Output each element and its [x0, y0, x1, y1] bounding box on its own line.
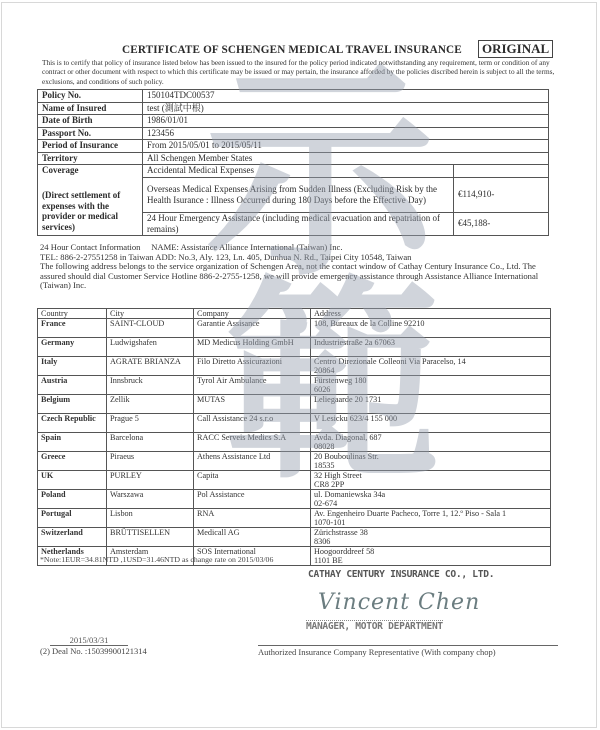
policy-details-table: Policy No.150104TDC00537Name of Insuredt… — [37, 89, 549, 236]
service-row: Czech RepublicPrague 5Call Assistance 24… — [38, 414, 551, 433]
policy-row: Name of Insuredtest (測試中根) — [38, 102, 549, 115]
service-table-header: Country City Company Address — [38, 309, 551, 319]
insurer-company-name: CATHAY CENTURY INSURANCE CO., LTD. — [308, 569, 494, 580]
policy-field-value: All Schengen Member States — [143, 152, 549, 165]
issue-date: 2015/03/31 — [50, 635, 128, 646]
manager-signature: Vincent Chen — [318, 590, 480, 615]
service-city: SAINT-CLOUD — [107, 319, 194, 338]
service-company: Athens Assistance Ltd — [194, 452, 311, 471]
service-row: PolandWarszawaPol Assistanceul. Domaniew… — [38, 490, 551, 509]
column-header-company: Company — [194, 309, 311, 319]
policy-field-value: 123456 — [143, 127, 549, 140]
coverage-description: Accidental Medical Expenses — [143, 165, 454, 178]
service-city: Barcelona — [107, 433, 194, 452]
service-company: Tyrol Air Ambulance — [194, 376, 311, 395]
service-country: Germany — [38, 338, 107, 357]
service-company: Medicall AG — [194, 528, 311, 547]
policy-field-label: Period of Insurance — [38, 140, 143, 153]
service-city: AGRATE BRIANZA — [107, 357, 194, 376]
service-country: Portugal — [38, 509, 107, 528]
policy-field-label: Date of Birth — [38, 115, 143, 128]
coverage-description: Overseas Medical Expenses Arising from S… — [143, 177, 454, 212]
coverage-amount: €45,188- — [454, 212, 549, 235]
service-country: Belgium — [38, 395, 107, 414]
document-title: CERTIFICATE OF SCHENGEN MEDICAL TRAVEL I… — [122, 44, 462, 56]
coverage-amount — [454, 165, 549, 178]
service-row: SpainBarcelonaRACC Serveis Medics S.AAvd… — [38, 433, 551, 452]
service-company: MD Medicus Holding GmbH — [194, 338, 311, 357]
service-city: Prague 5 — [107, 414, 194, 433]
service-city: Lisbon — [107, 509, 194, 528]
service-country: Switzerland — [38, 528, 107, 547]
service-row: PortugalLisbonRNAAv. Engenheiro Duarte P… — [38, 509, 551, 528]
service-city: PURLEY — [107, 471, 194, 490]
original-stamp: ORIGINAL — [478, 40, 553, 58]
policy-field-value: 150104TDC00537 — [143, 90, 549, 103]
policy-row: Period of InsuranceFrom 2015/05/01 to 20… — [38, 140, 549, 153]
policy-row: Passport No.123456 — [38, 127, 549, 140]
service-country: Italy — [38, 357, 107, 376]
policy-row: Policy No.150104TDC00537 — [38, 90, 549, 103]
coverage-row: Coverage(Direct settlement of expenses w… — [38, 165, 549, 178]
service-address: 108, Bureaux de la Colline 92210 — [311, 319, 551, 338]
service-country: Greece — [38, 452, 107, 471]
service-company: Call Assistance 24 s.r.o — [194, 414, 311, 433]
service-row: SwitzerlandBRÜTTISELLENMedicall AGZürich… — [38, 528, 551, 547]
service-company: Capita — [194, 471, 311, 490]
service-address: Av. Engenheiro Duarte Pacheco, Torre 1, … — [311, 509, 551, 528]
manager-title: MANAGER, MOTOR DEPARTMENT — [306, 620, 443, 632]
service-company: RACC Serveis Medics S.A — [194, 433, 311, 452]
service-address: V Lesicku 623/4 155 000 — [311, 414, 551, 433]
service-address: 32 High Street CR8 2PP — [311, 471, 551, 490]
service-country: France — [38, 319, 107, 338]
service-row: BelgiumZellikMUTASLeliegaarde 20 1731 — [38, 395, 551, 414]
column-header-city: City — [107, 309, 194, 319]
service-company: MUTAS — [194, 395, 311, 414]
service-address: 20 Bouboulinas Str. 18535 — [311, 452, 551, 471]
policy-row: Date of Birth1986/01/01 — [38, 115, 549, 128]
column-header-country: Country — [38, 309, 107, 319]
column-header-address: Address — [311, 309, 551, 319]
service-address: ul. Domaniewska 34a 02-674 — [311, 490, 551, 509]
policy-field-label: Policy No. — [38, 90, 143, 103]
service-row: ItalyAGRATE BRIANZAFilo Diretto Assicura… — [38, 357, 551, 376]
service-address: Industriestraße 2a 67063 — [311, 338, 551, 357]
policy-row: TerritoryAll Schengen Member States — [38, 152, 549, 165]
service-row: UKPURLEYCapita32 High Street CR8 2PP — [38, 471, 551, 490]
service-city: BRÜTTISELLEN — [107, 528, 194, 547]
authorized-representative-line: Authorized Insurance Company Representat… — [258, 645, 558, 657]
service-city: Innsbruck — [107, 376, 194, 395]
service-row: FranceSAINT-CLOUDGarantie Assisance108, … — [38, 319, 551, 338]
policy-field-value: test (測試中根) — [143, 102, 549, 115]
coverage-label-cell: Coverage(Direct settlement of expenses w… — [38, 165, 143, 236]
coverage-sub-label: (Direct settlement of expenses with the … — [42, 190, 138, 232]
service-country: Spain — [38, 433, 107, 452]
service-organization-table: Country City Company Address FranceSAINT… — [37, 308, 551, 566]
service-row: GermanyLudwigshafenMD Medicus Holding Gm… — [38, 338, 551, 357]
service-address: Zürichstrasse 38 8306 — [311, 528, 551, 547]
service-company: Filo Diretto Assicurazioni — [194, 357, 311, 376]
deal-number: (2) Deal No. :15039900121314 — [40, 646, 147, 656]
service-address: Fürstenweg 180 6026 — [311, 376, 551, 395]
coverage-amount: €114,910- — [454, 177, 549, 212]
policy-field-label: Name of Insured — [38, 102, 143, 115]
service-country: Czech Republic — [38, 414, 107, 433]
service-address: Centro Direzionale Colleoni Via Paracels… — [311, 357, 551, 376]
policy-field-value: 1986/01/01 — [143, 115, 549, 128]
service-company: Garantie Assisance — [194, 319, 311, 338]
coverage-label: Coverage — [42, 165, 138, 176]
policy-field-value: From 2015/05/01 to 2015/05/11 — [143, 140, 549, 153]
service-country: UK — [38, 471, 107, 490]
service-row: GreecePiraeusAthens Assistance Ltd20 Bou… — [38, 452, 551, 471]
certification-statement: This is to certify that policy of insura… — [42, 58, 562, 86]
service-city: Ludwigshafen — [107, 338, 194, 357]
service-address: Leliegaarde 20 1731 — [311, 395, 551, 414]
service-city: Piraeus — [107, 452, 194, 471]
title-row: CERTIFICATE OF SCHENGEN MEDICAL TRAVEL I… — [0, 40, 600, 60]
coverage-description: 24 Hour Emergency Assistance (including … — [143, 212, 454, 235]
service-row: AustriaInnsbruckTyrol Air AmbulanceFürst… — [38, 376, 551, 395]
service-company: RNA — [194, 509, 311, 528]
service-country: Poland — [38, 490, 107, 509]
service-country: Austria — [38, 376, 107, 395]
contact-notice: The following address belongs to the ser… — [40, 262, 560, 291]
contact-information: 24 Hour Contact Information NAME: Assist… — [40, 243, 560, 291]
service-address: Hoogoorddreef 58 1101 BE — [311, 547, 551, 566]
service-city: Zellik — [107, 395, 194, 414]
service-city: Warszawa — [107, 490, 194, 509]
exchange-rate-note: *Note:1EUR=34.81NTD ,1USD=31.46NTD as ch… — [40, 555, 273, 564]
policy-field-label: Territory — [38, 152, 143, 165]
service-address: Avda. Diagonal, 687 08028 — [311, 433, 551, 452]
service-company: Pol Assistance — [194, 490, 311, 509]
policy-field-label: Passport No. — [38, 127, 143, 140]
